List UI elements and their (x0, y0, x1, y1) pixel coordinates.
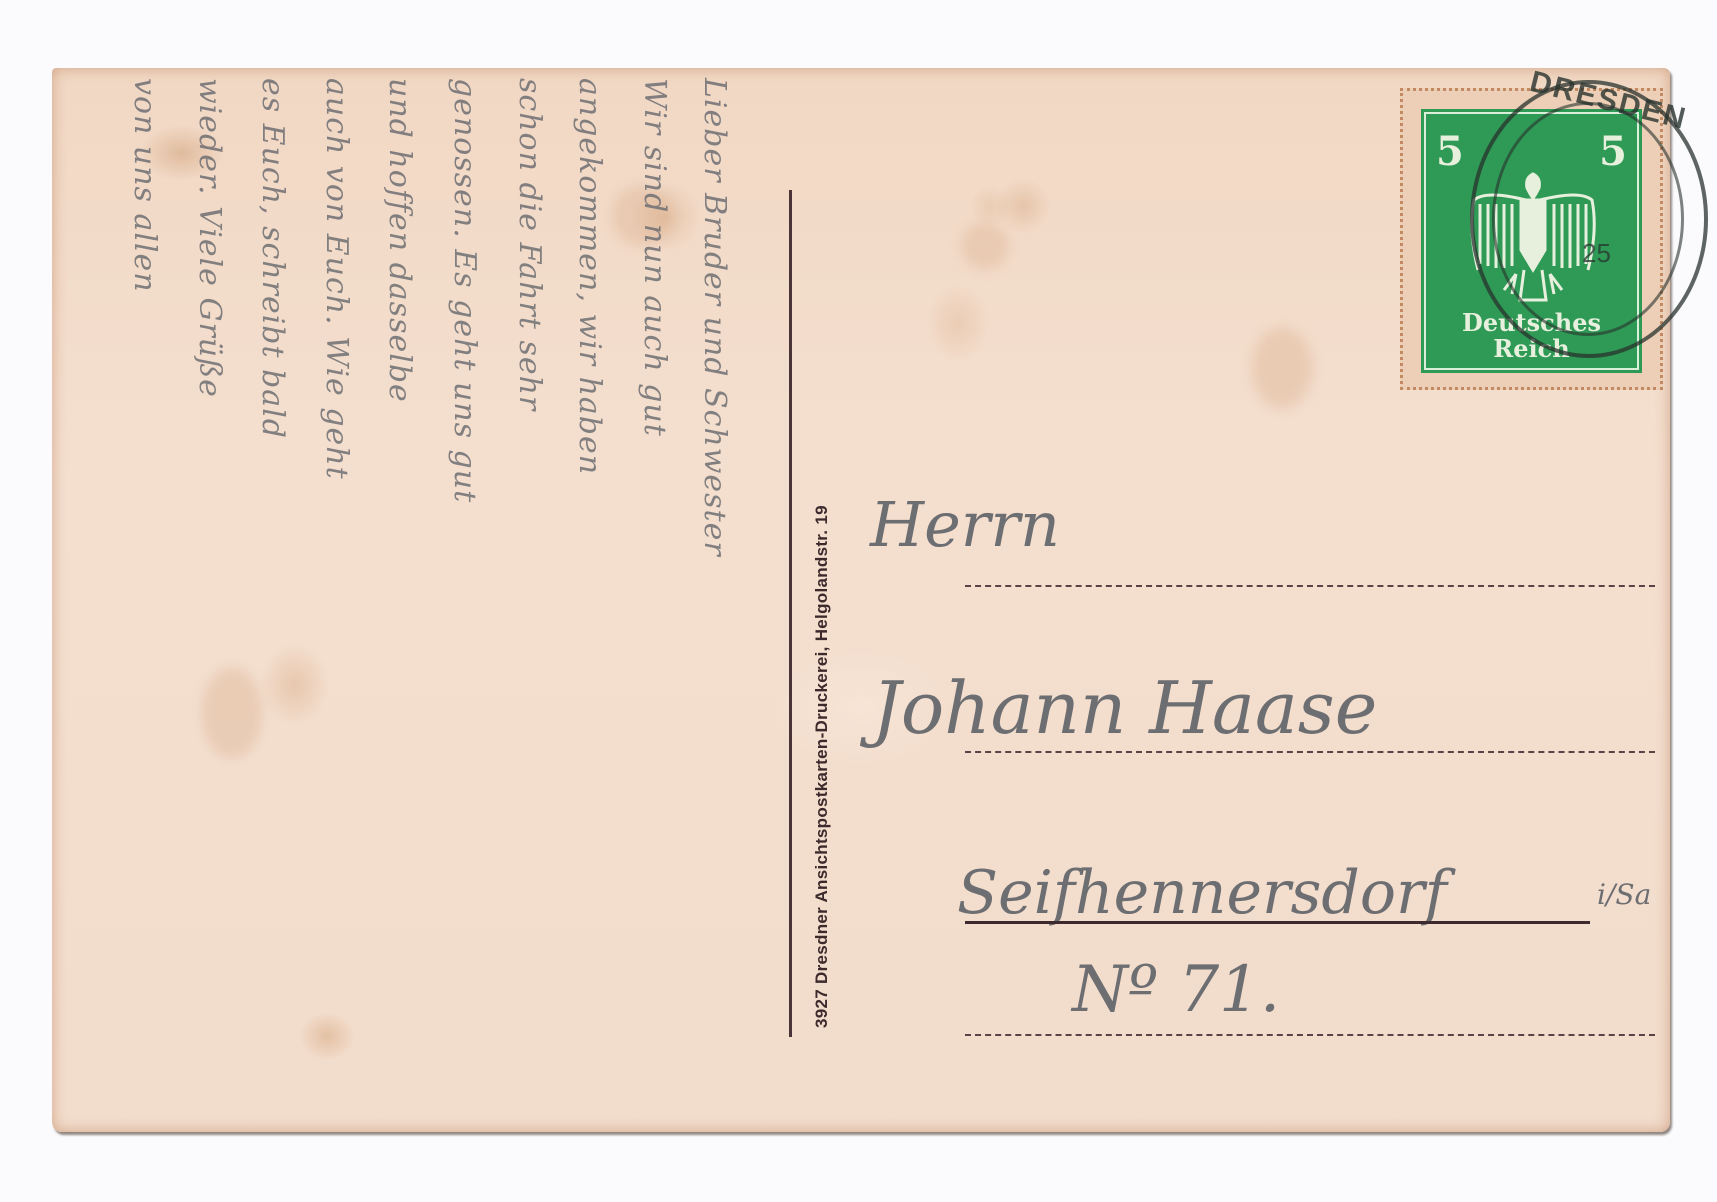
message-line: schon die Fahrt sehr (507, 78, 547, 1118)
message-line: angekommen, wir haben (567, 78, 607, 1118)
divider-line (789, 190, 792, 1037)
postmark-date: 25 (1582, 238, 1611, 269)
address-salutation: Herrn (870, 488, 1060, 561)
address-place: Seifhennersdorf (957, 858, 1447, 928)
address-line (965, 1034, 1655, 1036)
message-line: auch von Euch. Wie geht (314, 78, 354, 1118)
address-name: Johann Haase (872, 666, 1377, 750)
stain (1252, 328, 1312, 408)
postmark-ring-inner (1492, 102, 1684, 336)
address-place-suffix: i/Sa (1597, 878, 1651, 911)
message-line: Lieber Bruder und Schwester (692, 78, 732, 1118)
address-house-number: Nº 71. (1072, 953, 1280, 1027)
stain (962, 223, 1008, 269)
postcard: Lieber Bruder und Schwester Wir sind nun… (52, 68, 1670, 1132)
address-line (965, 751, 1655, 753)
stamp-value-left: 5 (1436, 128, 1464, 175)
message-line: genossen. Es geht uns gut (442, 78, 482, 1118)
message-line: es Euch, schreibt bald (250, 78, 290, 1118)
message-line: Wir sind nun auch gut (632, 78, 672, 1118)
message-line: von uns allen (122, 78, 162, 1118)
printer-imprint: 3927 Dresdner Ansichtspostkarten-Drucker… (812, 505, 832, 1028)
address-line (965, 585, 1655, 587)
message-line: und hoffen dasselbe (377, 78, 417, 1118)
address-line-strike (965, 921, 1590, 924)
postage-stamp: 5 5 Deutsches Reich DRESDEN 25 (1400, 88, 1663, 390)
message-line: wieder. Viele Grüße (187, 78, 227, 1118)
